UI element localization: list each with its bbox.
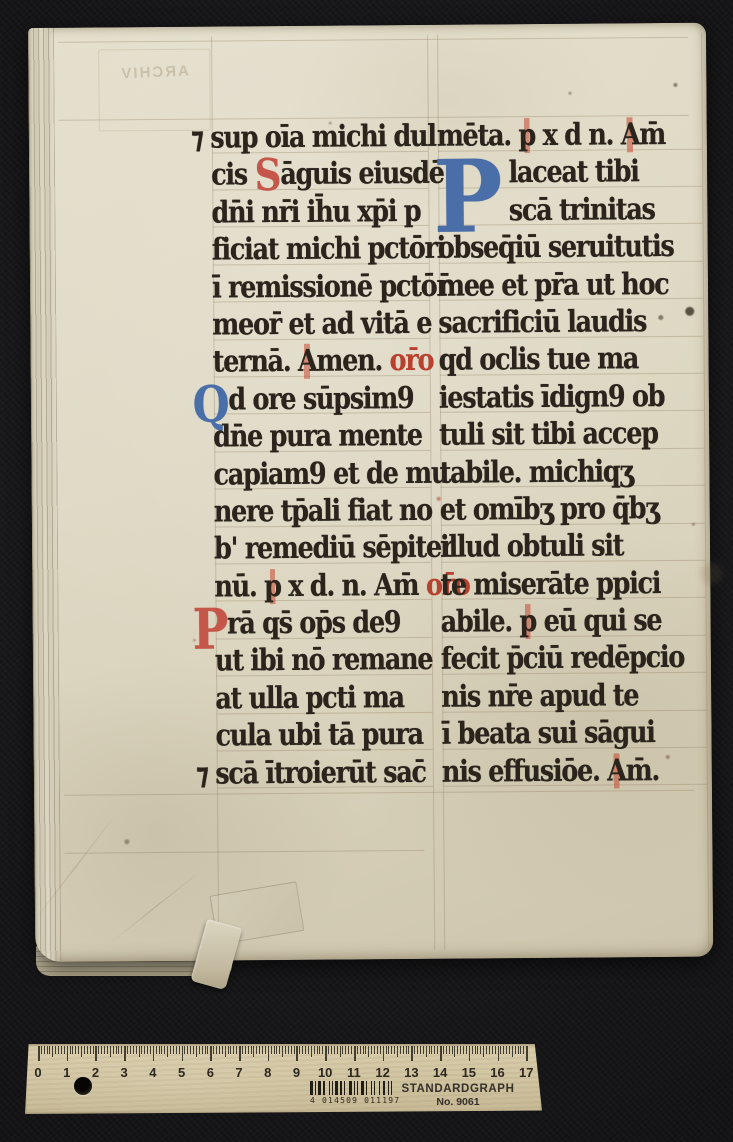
text-line: Prā qs̄ op̄s de9 <box>215 605 407 644</box>
ruler-tick <box>351 1046 352 1054</box>
ruler-tick <box>239 1046 241 1061</box>
ruler-tick <box>348 1046 349 1054</box>
text-segment: mee et pr̄a ut hoc <box>438 267 669 304</box>
barcode-bar <box>335 1081 338 1095</box>
stain <box>329 122 332 125</box>
ruler-tick <box>196 1046 197 1057</box>
rubricated-letter: p <box>264 569 281 604</box>
stain <box>673 83 677 87</box>
ruler-tick <box>116 1046 117 1054</box>
text-line: obseq̄iū seruitutis <box>438 229 668 268</box>
ruler-tick <box>205 1046 206 1054</box>
ruler-tick <box>268 1046 270 1061</box>
ruler-tick <box>176 1046 177 1054</box>
rubricated-letter: A <box>621 117 640 152</box>
text-line: sacrificiū laudis <box>438 304 668 343</box>
ruler-tick <box>84 1046 85 1054</box>
text-line: nis nr̄e apud te <box>441 678 671 717</box>
ruler-tick <box>259 1046 260 1054</box>
text-segment: ī beata sui sāgui <box>441 715 654 752</box>
text-segment: m̄ <box>639 117 665 152</box>
ruler-tick <box>417 1046 418 1054</box>
ruler-tick <box>245 1046 246 1054</box>
photo-stage: ARCHIV ⁊ sup oīa michi dulcis Sāguis eiu… <box>0 0 733 1142</box>
text-segment: obseq̄iū seruitutis <box>438 229 674 266</box>
barcode-bar <box>366 1081 367 1095</box>
ruler-tick <box>153 1046 155 1061</box>
ruler-tick <box>477 1046 478 1054</box>
ruler-tick <box>230 1046 231 1054</box>
ruler-tick <box>429 1046 430 1054</box>
ruler-tick <box>150 1046 151 1054</box>
ruler-tick <box>319 1046 320 1054</box>
ruler-tick <box>311 1046 312 1057</box>
ruler-tick <box>285 1046 286 1054</box>
ruler-tick <box>452 1046 453 1054</box>
ruler-tick <box>374 1046 375 1054</box>
text-line: illud obtuli sit <box>440 528 670 567</box>
ruler-tick <box>95 1046 97 1061</box>
barcode-bar <box>374 1081 375 1095</box>
ruler-tick <box>64 1046 65 1054</box>
ruler-tick <box>518 1046 519 1054</box>
ruler-tick <box>75 1046 76 1054</box>
ruler-tick <box>334 1046 335 1054</box>
ruler-number: 17 <box>519 1065 533 1080</box>
text-line: mee et pr̄a ut hoc <box>438 267 668 306</box>
ruler-tick <box>228 1046 229 1054</box>
text-line: b' remediū sēpiter <box>214 530 406 569</box>
ruler-tick <box>219 1046 220 1054</box>
text-segment: rā qs̄ op̄s de9 <box>227 605 400 641</box>
ruler-tick <box>279 1046 280 1054</box>
rubricated-letter: p <box>519 604 536 639</box>
ruler-tick <box>147 1046 148 1054</box>
ruler-number: 8 <box>264 1065 271 1080</box>
text-segment: at ulla pcti ma <box>215 680 404 716</box>
ruler-number: 14 <box>433 1065 447 1080</box>
text-segment: d ore sūpsim9 <box>228 381 413 417</box>
ruler: 01234567891011121314151617 4 014509 0111… <box>25 1044 542 1114</box>
ruler-tick <box>466 1046 467 1054</box>
ruler-tick <box>139 1046 140 1057</box>
ruler-tick <box>167 1046 168 1057</box>
manuscript-leaf: ARCHIV ⁊ sup oīa michi dulcis Sāguis eiu… <box>28 23 713 962</box>
ruler-tick <box>314 1046 315 1054</box>
ruler-tick <box>121 1046 122 1054</box>
stain <box>692 523 695 526</box>
ruler-tick <box>463 1046 464 1054</box>
ruler-tick <box>500 1046 501 1054</box>
text-line: ī remissionē pctōr̄ <box>212 269 404 308</box>
ruler-tick <box>345 1046 346 1054</box>
ruler-tick <box>302 1046 303 1054</box>
ruler-tick <box>397 1046 398 1057</box>
rubricated-letter: p <box>518 118 535 153</box>
rule-line <box>58 37 688 43</box>
text-line: meor̄ et ad vitā e <box>212 306 404 345</box>
text-segment: eū qui se <box>536 603 662 639</box>
red-initial: S <box>254 161 280 191</box>
text-segment: tuli sit tibi accep <box>439 416 658 453</box>
text-segment: scā trinitas <box>509 192 655 228</box>
ruler-tick <box>161 1046 162 1054</box>
ruler-tick <box>262 1046 263 1054</box>
ruler-tick <box>431 1046 432 1054</box>
parchment-tab <box>190 919 242 990</box>
ruler-tick <box>342 1046 343 1054</box>
text-segment: sacrificiū laudis <box>438 304 646 341</box>
text-segment: ī remissionē pctōr̄ <box>212 268 449 305</box>
ruler-tick <box>406 1046 407 1054</box>
text-line: cis Sāguis eiusdē <box>211 156 403 195</box>
barcode-bar <box>349 1081 352 1095</box>
text-segment: āguis eiusdē <box>280 156 444 192</box>
ruler-tick <box>210 1046 212 1061</box>
ruler-tick <box>403 1046 404 1054</box>
text-line: ternā. Amen. or̄o <box>212 343 404 382</box>
ruler-tick <box>276 1046 277 1054</box>
ruler-tick <box>317 1046 318 1054</box>
ruler-tick <box>305 1046 306 1054</box>
text-line: Qd ore sūpsim9 <box>213 381 405 420</box>
ruler-tick <box>288 1046 289 1054</box>
ruler-tick <box>49 1046 50 1054</box>
ruler-tick <box>78 1046 79 1054</box>
stain <box>685 307 694 316</box>
stain <box>437 497 441 501</box>
ruler-tick <box>308 1046 309 1054</box>
ruler-tick <box>72 1046 73 1054</box>
text-segment: nere tp̄ali fiat no <box>214 493 432 530</box>
ruler-tick <box>101 1046 102 1054</box>
ruler-tick <box>274 1046 275 1054</box>
ruler-tick <box>449 1046 450 1054</box>
text-segment: abile. <box>441 604 520 640</box>
ruler-tick <box>47 1046 48 1054</box>
ruler-tick <box>414 1046 415 1054</box>
ruler-tick <box>394 1046 395 1054</box>
text-line: et omībʒ pro q̄bʒ <box>440 491 670 530</box>
ruler-tick <box>133 1046 134 1054</box>
barcode-bar <box>323 1081 324 1095</box>
barcode-bar <box>318 1081 321 1095</box>
ruler-tick <box>486 1046 487 1054</box>
text-segment: ficiat michi pctōri <box>212 231 446 268</box>
stain <box>700 563 722 585</box>
ruler-tick <box>184 1046 185 1054</box>
ruler-tick <box>164 1046 165 1054</box>
ruler-tick <box>420 1046 421 1054</box>
text-segment: dn̄i nr̄i ih̄u xp̄i p <box>211 194 420 231</box>
ruler-tick <box>93 1046 94 1054</box>
text-line: ī beata sui sāgui <box>441 715 671 754</box>
text-column-right: P mēta. p x d n. Am̄laceat tibiscā trini… <box>437 117 712 792</box>
ruler-tick <box>127 1046 128 1054</box>
ruler-number: 2 <box>92 1065 99 1080</box>
text-line: abile. p eū qui se <box>441 603 671 642</box>
text-segment: capiam9 et de mu <box>213 455 448 492</box>
crease-line <box>108 869 203 944</box>
text-line: ut ibi nō remane <box>215 643 407 682</box>
ruler-tick <box>58 1046 59 1054</box>
text-line: te miserāte ppici <box>440 566 670 605</box>
text-segment: nis nr̄e apud te <box>441 678 638 715</box>
ruler-tick <box>423 1046 424 1054</box>
ruler-tick <box>360 1046 361 1054</box>
ruler-tick <box>340 1046 341 1057</box>
text-segment: qd oclis tue ma <box>438 342 638 379</box>
ruler-tick <box>475 1046 476 1054</box>
ruler-number: 5 <box>178 1065 185 1080</box>
ruler-tick <box>503 1046 504 1054</box>
ruler-tick <box>296 1046 298 1061</box>
ruler-tick <box>363 1046 364 1054</box>
ruler-tick <box>190 1046 191 1054</box>
ruler-tick <box>411 1046 413 1061</box>
ruler-tick <box>41 1046 42 1054</box>
ruler-tick <box>515 1046 516 1054</box>
ruler-tick <box>495 1046 496 1054</box>
ruler-tick <box>354 1046 356 1061</box>
ruler-tick <box>107 1046 108 1054</box>
ruler-tick <box>454 1046 455 1057</box>
text-segment: illud obtuli sit <box>440 529 623 565</box>
rubricated-letter: A <box>607 753 626 788</box>
ruler-tick <box>371 1046 372 1054</box>
text-line: mēta. p x d n. Am̄ <box>437 117 667 156</box>
ruler-tick <box>489 1046 490 1054</box>
text-segment: m̄. <box>626 753 660 788</box>
ruler-tick <box>480 1046 481 1054</box>
text-line: fecit p̄ciū redēpcio <box>441 640 671 679</box>
ruler-tick <box>242 1046 243 1054</box>
text-segment: et omībʒ pro q̄bʒ <box>440 491 659 528</box>
text-segment: dn̄e pura mente <box>213 418 422 455</box>
ruler-tick <box>199 1046 200 1054</box>
ruler-tick <box>391 1046 392 1054</box>
text-line: capiam9 et de mu <box>213 456 405 495</box>
stain <box>666 755 670 759</box>
text-segment: men. <box>316 344 389 380</box>
ruler-tick <box>38 1046 40 1061</box>
ruler-tick <box>136 1046 137 1054</box>
barcode-bar <box>357 1081 358 1095</box>
ruling-lines <box>28 23 706 28</box>
ruler-tick <box>328 1046 329 1054</box>
text-line: iestatis īdign9 ob <box>439 379 669 418</box>
ruler-tick <box>520 1046 521 1054</box>
text-line: at ulla pcti ma <box>215 680 407 719</box>
text-segment: x d. n. Am̄ <box>281 568 426 604</box>
text-line: tuli sit tibi accep <box>439 416 669 455</box>
ruler-tick <box>440 1046 442 1061</box>
ruler-tick <box>291 1046 292 1054</box>
ruler-tick <box>213 1046 214 1054</box>
brand-name: STANDARDGRAPH <box>377 1083 539 1095</box>
text-line: dn̄e pura mente <box>213 418 405 457</box>
ruler-tick <box>55 1046 56 1054</box>
ruler-tick <box>526 1046 528 1061</box>
ruler-number: 10 <box>318 1065 332 1080</box>
ruler-tick <box>386 1046 387 1054</box>
text-segment: x d n. <box>535 117 621 153</box>
ruler-tick <box>357 1046 358 1054</box>
text-segment: ⁊ sup oīa michi dul <box>191 119 436 156</box>
ruler-tick <box>179 1046 180 1054</box>
text-column-left: ⁊ sup oīa michi dulcis Sāguis eiusdēdn̄i… <box>211 119 442 794</box>
ruler-tick <box>248 1046 249 1054</box>
text-line: dn̄i nr̄i ih̄u xp̄i p <box>211 194 403 233</box>
text-line: nere tp̄ali fiat no <box>214 493 406 532</box>
red-initial: P <box>193 615 228 645</box>
ruler-tick <box>52 1046 53 1057</box>
text-segment: ut ibi nō remane <box>215 642 433 679</box>
ruler-tick <box>506 1046 507 1054</box>
ruler-tick <box>380 1046 381 1054</box>
ruler-tick <box>104 1046 105 1054</box>
text-segment: te miserāte ppici <box>440 566 660 603</box>
ruler-tick <box>388 1046 389 1054</box>
ruler-number: 11 <box>347 1065 361 1080</box>
book-page-edges-left <box>28 28 61 962</box>
ruler-tick <box>251 1046 252 1054</box>
ruler-tick <box>141 1046 142 1054</box>
ruler-tick <box>426 1046 427 1057</box>
ruler-tick <box>408 1046 409 1054</box>
ruler-tick <box>457 1046 458 1054</box>
ruler-tick <box>67 1046 69 1061</box>
text-segment: laceat tibi <box>508 155 638 191</box>
ruler-tick <box>187 1046 188 1054</box>
ruler-tick <box>98 1046 99 1054</box>
ruler-tick <box>472 1046 473 1054</box>
ruler-tick <box>282 1046 283 1057</box>
blue-initial: Q <box>192 389 228 419</box>
ruler-number: 15 <box>462 1065 476 1080</box>
barcode-bar <box>315 1081 316 1095</box>
ruler-tick <box>225 1046 226 1057</box>
text-line: nū. p x d. n. Am̄ or̄o <box>214 568 406 607</box>
ruler-tick <box>156 1046 157 1054</box>
ruler-tick <box>446 1046 447 1054</box>
ruler-tick <box>173 1046 174 1054</box>
stains-and-specks <box>28 23 706 28</box>
ruler-tick <box>523 1046 524 1054</box>
rule-line <box>64 850 424 854</box>
barcode-bar <box>329 1081 330 1095</box>
ruler-tick <box>61 1046 62 1054</box>
ruler-tick <box>434 1046 435 1054</box>
stain <box>569 92 572 95</box>
ruler-tick <box>265 1046 266 1054</box>
ruler-number: 0 <box>34 1065 41 1080</box>
text-segment: nis effusiōe. <box>442 753 608 789</box>
text-line: ⁊ sup oīa michi dul <box>191 119 400 158</box>
ruler-tick <box>383 1046 385 1061</box>
ruler-tick <box>90 1046 91 1054</box>
ruler-tick <box>377 1046 378 1054</box>
text-line: laceat tibi <box>437 154 667 193</box>
ruler-tick <box>233 1046 234 1054</box>
text-line: cula ubi tā pura <box>215 717 407 756</box>
ruler-tick <box>70 1046 71 1054</box>
barcode-bar <box>344 1081 345 1095</box>
text-segment: cula ubi tā pura <box>215 717 422 754</box>
ruler-number: 12 <box>375 1065 389 1080</box>
text-segment: iestatis īdign9 ob <box>439 379 665 416</box>
ruler-tick <box>130 1046 131 1054</box>
brand-model: No. 9061 <box>377 1096 539 1108</box>
ruler-brand: STANDARDGRAPH No. 9061 <box>377 1083 539 1108</box>
ruler-tick <box>299 1046 300 1054</box>
ruler-tick <box>81 1046 82 1057</box>
barcode-bar <box>310 1081 313 1095</box>
ruler-number: 6 <box>207 1065 214 1080</box>
text-segment: fecit p̄ciū redēpcio <box>441 640 684 677</box>
ruler-tick <box>202 1046 203 1054</box>
barcode-bar <box>371 1081 372 1095</box>
ruler-tick <box>207 1046 208 1054</box>
text-line: ficiat michi pctōri <box>212 231 404 270</box>
stain <box>658 315 663 320</box>
rubric-text: or̄o <box>389 343 433 378</box>
ruler-tick <box>271 1046 272 1054</box>
ruler-number: 9 <box>293 1065 300 1080</box>
ruler-tick <box>492 1046 493 1054</box>
ruler-tick <box>256 1046 257 1054</box>
ruler-tick <box>512 1046 513 1057</box>
text-segment: cis <box>211 158 255 193</box>
text-segment: meor̄ et ad vitā e <box>212 306 431 343</box>
text-segment: b' remediū sēpiter <box>214 530 453 567</box>
ruler-tick <box>118 1046 119 1054</box>
ruler-tick <box>365 1046 366 1054</box>
text-segment: ⁊ scā ītroierūt sac̄ <box>196 755 426 792</box>
ruler-tick <box>400 1046 401 1054</box>
ruler-tick <box>337 1046 338 1054</box>
ruler-tick <box>322 1046 323 1054</box>
barcode-bar <box>340 1081 341 1095</box>
ruler-number: 16 <box>490 1065 504 1080</box>
text-line: tabile. michiqʒ <box>439 453 669 492</box>
ruler-tick <box>498 1046 500 1061</box>
ruler-tick <box>193 1046 194 1054</box>
ruler-tick <box>460 1046 461 1054</box>
ruler-tick <box>236 1046 237 1054</box>
stain <box>124 839 129 844</box>
ruler-tick <box>44 1046 45 1054</box>
ruler-tick <box>110 1046 111 1057</box>
ruler-number: 7 <box>235 1065 242 1080</box>
ruler-number: 4 <box>149 1065 156 1080</box>
barcode-bar <box>361 1081 364 1095</box>
ruler-tick <box>170 1046 171 1054</box>
rubricated-letter: A <box>298 344 317 379</box>
text-line: nis effusiōe. Am̄. <box>442 753 672 792</box>
ruler-tick <box>159 1046 160 1054</box>
ruler-tick <box>325 1046 327 1061</box>
ruler-number: 3 <box>121 1065 128 1080</box>
ruler-tick <box>368 1046 369 1057</box>
ruler-tick <box>144 1046 145 1054</box>
ruler-tick <box>443 1046 444 1054</box>
barcode-bar <box>354 1081 355 1095</box>
ruler-tick <box>294 1046 295 1054</box>
text-line: scā trinitas <box>437 192 667 231</box>
ruler-tick <box>216 1046 217 1054</box>
ruler-tick <box>437 1046 438 1054</box>
